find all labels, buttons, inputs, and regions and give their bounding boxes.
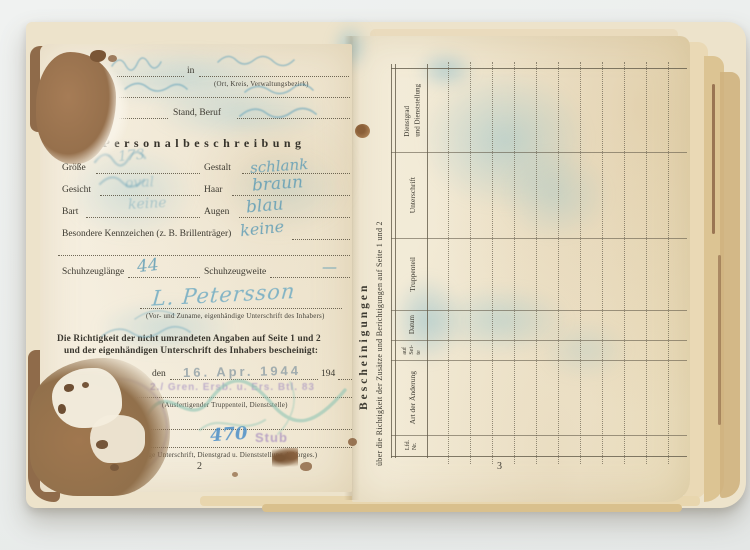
table-row-divider bbox=[646, 62, 647, 464]
page-number-right: 3 bbox=[497, 461, 502, 472]
col-truppenteil: Truppenteil bbox=[397, 238, 427, 310]
table-row-divider bbox=[668, 62, 669, 464]
table-row-divider bbox=[624, 62, 625, 464]
certifications-subtitle: über die Richtigkeit der Zusätze und Ber… bbox=[375, 62, 384, 466]
table-line bbox=[391, 456, 687, 457]
table-line bbox=[391, 340, 687, 341]
page-edge-bottom-2 bbox=[262, 504, 682, 512]
table-header-divider bbox=[427, 64, 428, 458]
col-auf-seite: auf Sei- te bbox=[397, 340, 427, 360]
table-line bbox=[391, 435, 687, 436]
col-unterschrift: Unterschrift bbox=[397, 152, 427, 238]
table-row-divider bbox=[514, 62, 515, 464]
col-dienstgrad: Dienstgrad und Dienststellung bbox=[397, 68, 427, 152]
page-edge-streak bbox=[712, 84, 715, 234]
page-edge-streak bbox=[718, 255, 721, 425]
table-row-divider bbox=[536, 62, 537, 464]
table-line bbox=[391, 360, 687, 361]
table-line bbox=[391, 238, 687, 239]
certifier-signature bbox=[140, 372, 355, 442]
page-edge-stack-right-3 bbox=[720, 72, 740, 498]
table-row-divider bbox=[492, 62, 493, 464]
table-line bbox=[391, 68, 687, 69]
col-lfd-nr: Lfd. Nr. bbox=[397, 435, 427, 456]
table-row-divider bbox=[448, 62, 449, 464]
table-row-divider bbox=[602, 62, 603, 464]
table-row-divider bbox=[558, 62, 559, 464]
col-datum: Datum bbox=[397, 310, 427, 340]
table-row-divider bbox=[470, 62, 471, 464]
table-line bbox=[391, 152, 687, 153]
table-border-outer bbox=[391, 64, 392, 458]
scanned-military-passbook: Bescheinigungen über die Richtigkeit der… bbox=[0, 0, 750, 550]
table-border-outer2 bbox=[395, 64, 396, 458]
col-art-der-aenderung: Art der Änderung bbox=[397, 360, 427, 435]
table-row-divider bbox=[580, 62, 581, 464]
table-line bbox=[391, 310, 687, 311]
